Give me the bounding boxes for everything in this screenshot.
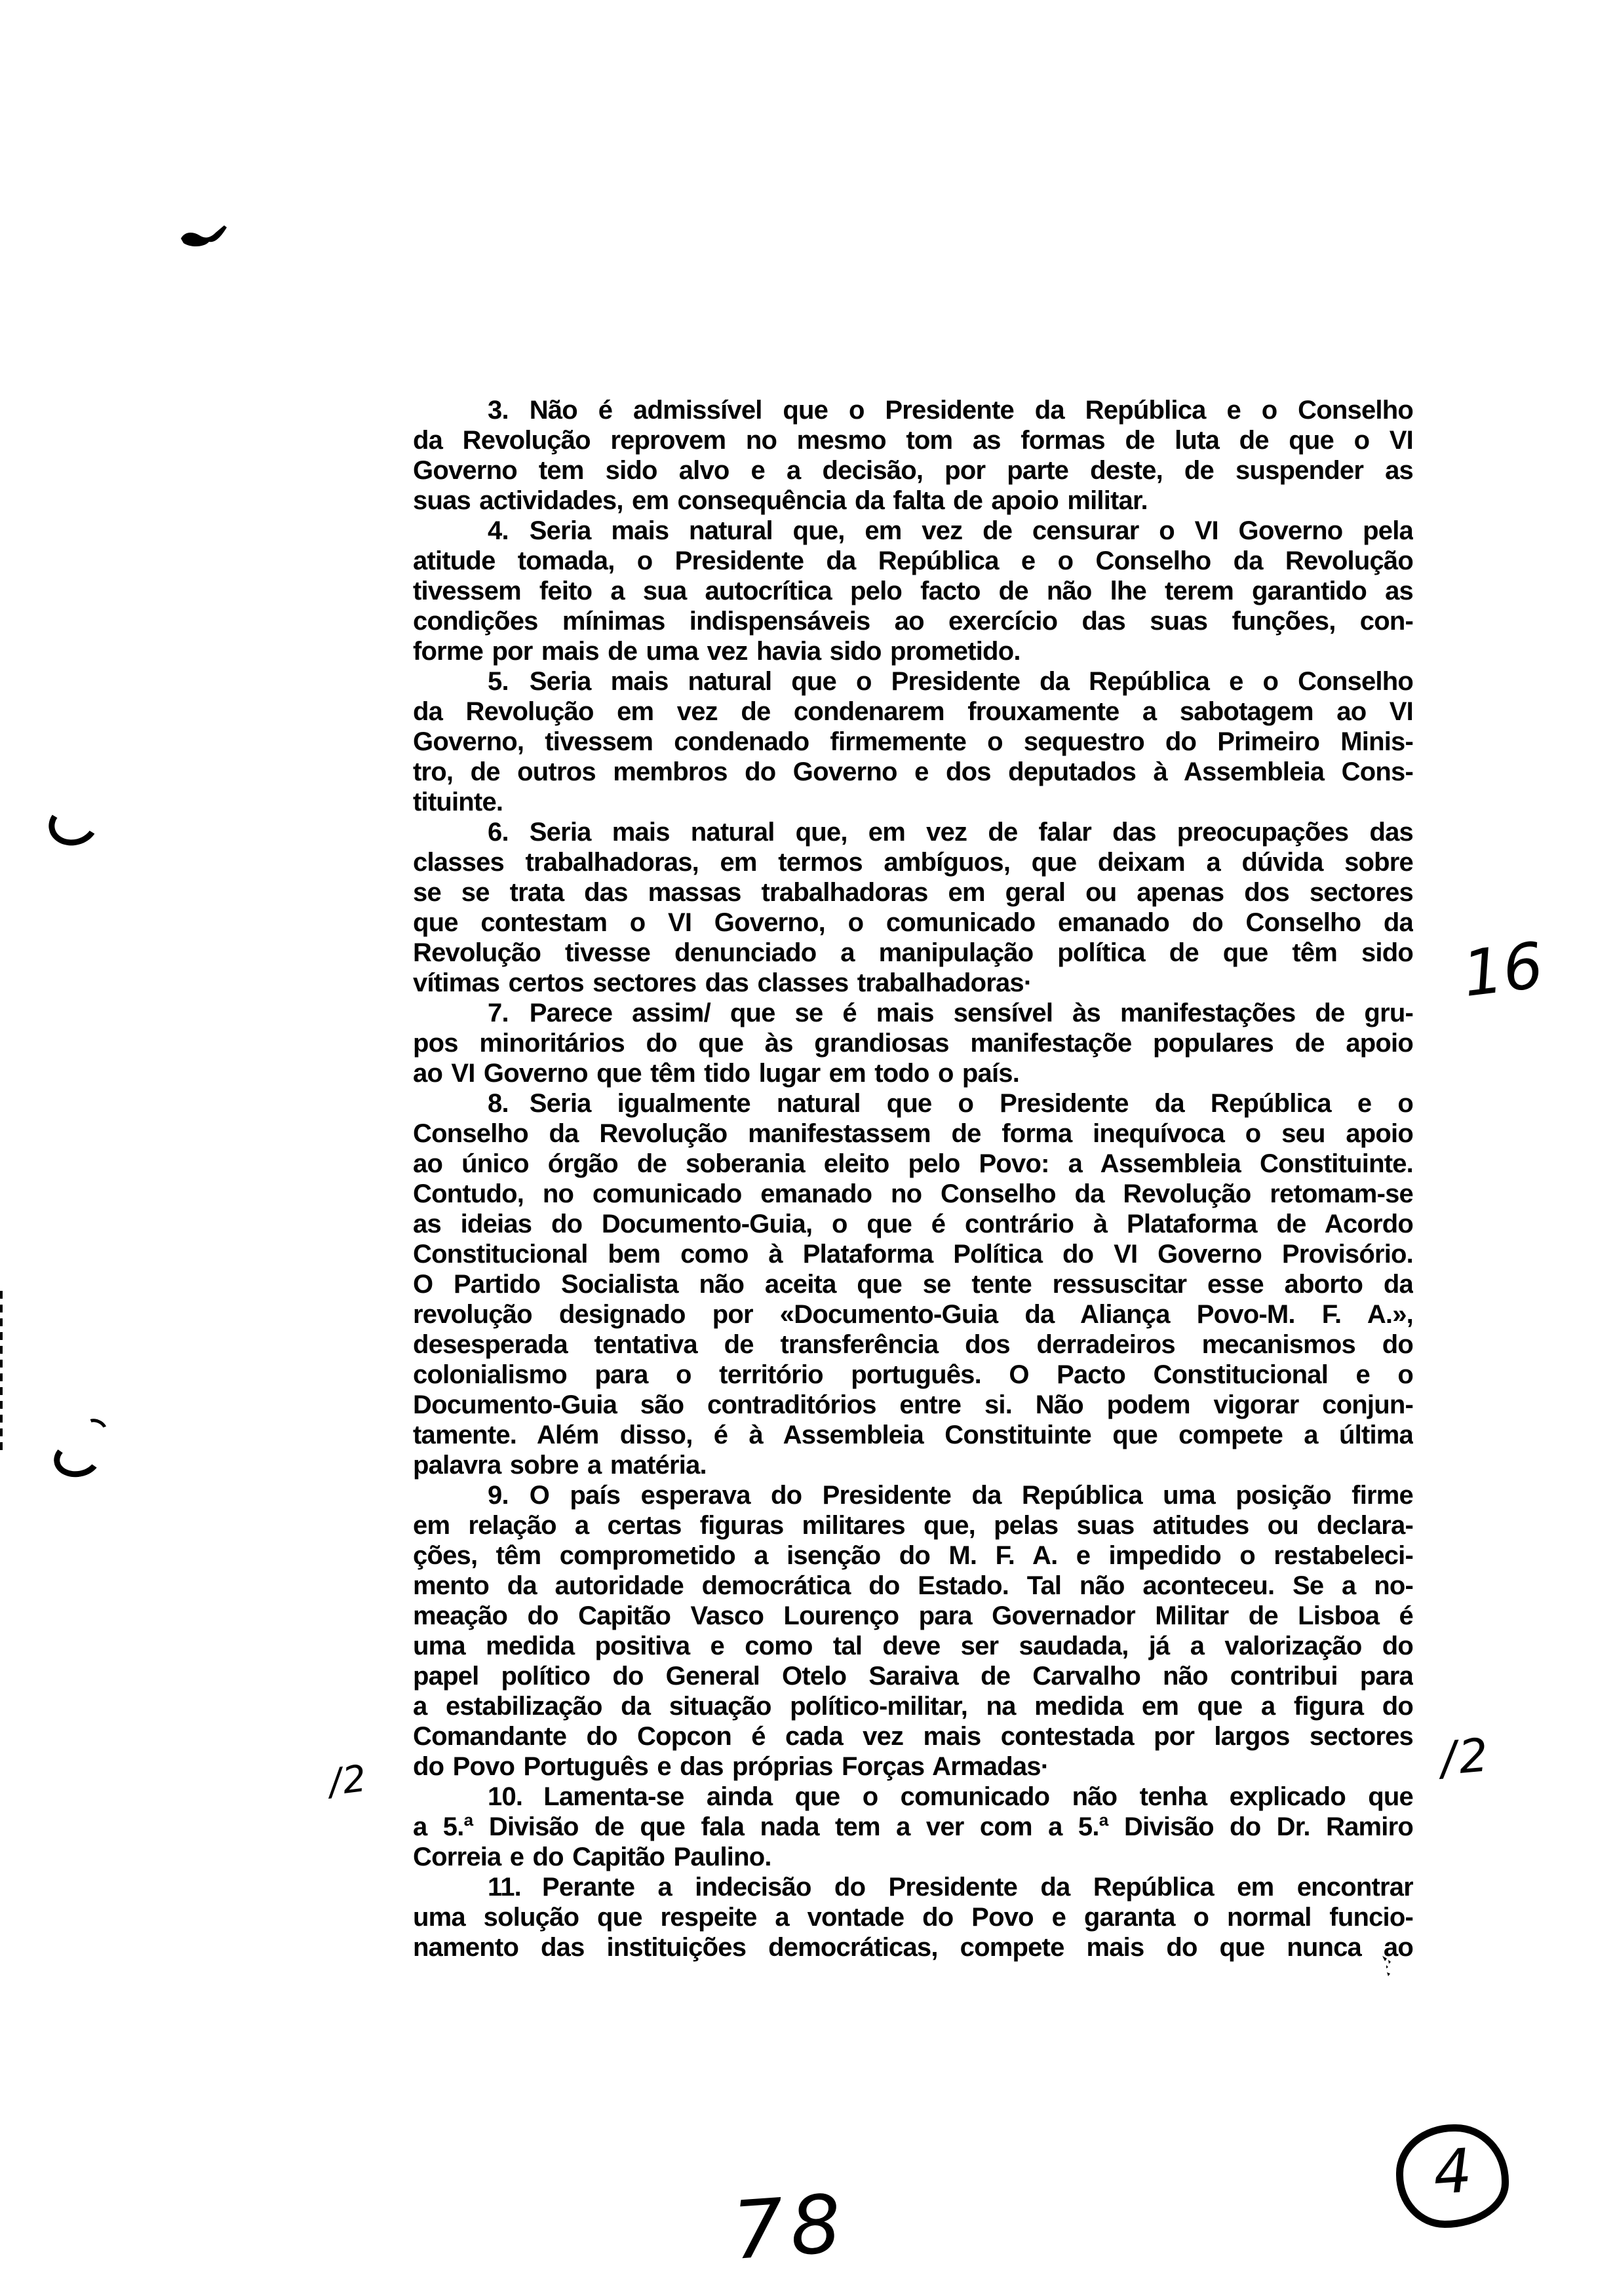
text-line: pos minoritários do que às grandiosas ma…	[413, 1028, 1413, 1058]
text-line: 8.Seria igualmente natural que o Preside…	[413, 1088, 1413, 1119]
document-body: 3.Não é admissível que o Presidente da R…	[413, 395, 1413, 1962]
text-line: do Povo Português e das próprias Forças …	[413, 1751, 1413, 1782]
text-line: tituinte.	[413, 787, 1413, 817]
handwritten-margin-note-16: 16	[1460, 934, 1547, 1006]
text-line: ao único órgão de soberania eleito pelo …	[413, 1149, 1413, 1179]
text-line: que contestam o VI Governo, o comunicado…	[413, 908, 1413, 938]
text-line: tro, de outros membros do Governo e dos …	[413, 757, 1413, 787]
text-line: a 5.ª Divisão de que fala nada tem a ver…	[413, 1812, 1413, 1842]
text-line: tivessem feito a sua autocrítica pelo fa…	[413, 576, 1413, 606]
text-line: uma medida positiva e como tal deve ser …	[413, 1631, 1413, 1661]
text-line: 9.O país esperava do Presidente da Repúb…	[413, 1480, 1413, 1510]
circled-page-number: 4	[1396, 2124, 1509, 2228]
text-line: a estabilização da situação político-mil…	[413, 1691, 1413, 1721]
text-line: da Revolução em vez de condenarem frouxa…	[413, 697, 1413, 727]
paragraph-number: 10.	[488, 1782, 522, 1811]
paragraph: 4.Seria mais natural que, em vez de cens…	[413, 516, 1413, 666]
text-line: 6.Seria mais natural que, em vez de fala…	[413, 817, 1413, 847]
text-line: Documento-Guia são contraditórios entre …	[413, 1390, 1413, 1420]
text-line: Comandante do Copcon é cada vez mais con…	[413, 1721, 1413, 1751]
paragraph-number: 9.	[488, 1481, 509, 1510]
paragraph: 3.Não é admissível que o Presidente da R…	[413, 395, 1413, 516]
text-line: revolução designado por «Documento-Guia …	[413, 1299, 1413, 1330]
text-line: atitude tomada, o Presidente da Repúblic…	[413, 546, 1413, 576]
text-line: colonialismo para o território português…	[413, 1360, 1413, 1390]
text-line: desesperada tentativa de transferência d…	[413, 1330, 1413, 1360]
margin-crescent-mark-bottom	[51, 1436, 104, 1481]
text-line: ao VI Governo que têm tido lugar em todo…	[413, 1058, 1413, 1088]
pen-smudge-mark	[178, 223, 231, 250]
left-edge-line-mark	[0, 1291, 3, 1456]
paragraph-number: 6.	[488, 818, 509, 847]
paragraph: 5.Seria mais natural que o Presidente da…	[413, 666, 1413, 817]
text-line: O Partido Socialista não aceita que se t…	[413, 1269, 1413, 1299]
text-line: 10.Lamenta-se ainda que o comunicado não…	[413, 1782, 1413, 1812]
text-line: Revolução tivesse denunciado a manipulaç…	[413, 938, 1413, 968]
paragraph: 6.Seria mais natural que, em vez de fala…	[413, 817, 1413, 998]
text-line: Conselho da Revolução manifestassem de f…	[413, 1119, 1413, 1149]
text-line: vítimas certos sectores das classes trab…	[413, 968, 1413, 998]
paragraph-number: 8.	[488, 1089, 509, 1118]
text-line: se se trata das massas trabalhadoras em …	[413, 877, 1413, 908]
text-line: namento das instituições democráticas, c…	[413, 1932, 1413, 1962]
paragraph-number: 4.	[488, 516, 509, 545]
text-line: Correia e do Capitão Paulino.	[413, 1842, 1413, 1872]
text-line: tamente. Além disso, é à Assembleia Cons…	[413, 1420, 1413, 1450]
text-line: Governo tem sido alvo e a decisão, por p…	[413, 455, 1413, 486]
text-line: Constitucional bem como à Plataforma Pol…	[413, 1239, 1413, 1269]
handwritten-margin-note-left-2: /2	[327, 1761, 370, 1802]
text-line: classes trabalhadoras, em termos ambíguo…	[413, 847, 1413, 877]
text-line: Contudo, no comunicado emanado no Consel…	[413, 1179, 1413, 1209]
text-line: em relação a certas figuras militares qu…	[413, 1510, 1413, 1540]
text-line: papel político do General Otelo Saraiva …	[413, 1661, 1413, 1691]
handwritten-margin-note-right-2: /2	[1439, 1732, 1492, 1782]
text-line: uma solução que respeite a vontade do Po…	[413, 1902, 1413, 1932]
text-line: as ideias do Documento-Guia, o que é con…	[413, 1209, 1413, 1239]
paragraph: 8.Seria igualmente natural que o Preside…	[413, 1088, 1413, 1480]
text-line: suas actividades, em consequência da fal…	[413, 486, 1413, 516]
text-line: 5.Seria mais natural que o Presidente da…	[413, 666, 1413, 697]
text-line: forme por mais de uma vez havia sido pro…	[413, 636, 1413, 666]
text-line: mento da autoridade democrática do Estad…	[413, 1571, 1413, 1601]
margin-crescent-mark-top	[44, 798, 102, 851]
paragraph: 11.Perante a indecisão do Presidente da …	[413, 1872, 1413, 1962]
paragraph-number: 11.	[488, 1873, 521, 1902]
paragraph: 7.Parece assim/ que se é mais sensível à…	[413, 998, 1413, 1088]
handwritten-page-number: 78	[730, 2183, 850, 2271]
text-line: meação do Capitão Vasco Lourenço para Go…	[413, 1601, 1413, 1631]
text-line: 7.Parece assim/ que se é mais sensível à…	[413, 998, 1413, 1028]
text-line: 11.Perante a indecisão do Presidente da …	[413, 1872, 1413, 1902]
text-line: da Revolução reprovem no mesmo tom as fo…	[413, 425, 1413, 455]
paragraph-number: 3.	[488, 396, 509, 425]
paragraph-number: 7.	[488, 999, 509, 1027]
paragraph-number: 5.	[488, 667, 509, 696]
paragraph: 9.O país esperava do Presidente da Repúb…	[413, 1480, 1413, 1782]
text-line: palavra sobre a matéria.	[413, 1450, 1413, 1480]
paragraph: 10.Lamenta-se ainda que o comunicado não…	[413, 1782, 1413, 1872]
text-line: 4.Seria mais natural que, em vez de cens…	[413, 516, 1413, 546]
margin-crescent-tail-mark	[81, 1415, 110, 1442]
ink-speck-mark	[1380, 1954, 1397, 1978]
scanned-page: 16 /2 /2 3.Não é admissível que o Presid…	[0, 0, 1615, 2296]
text-line: Governo, tivessem condenado firmemente o…	[413, 727, 1413, 757]
circled-page-number-value: 4	[1431, 2141, 1474, 2204]
text-line: condições mínimas indispensáveis ao exer…	[413, 606, 1413, 636]
text-line: ções, têm comprometido a isenção do M. F…	[413, 1540, 1413, 1571]
text-line: 3.Não é admissível que o Presidente da R…	[413, 395, 1413, 425]
